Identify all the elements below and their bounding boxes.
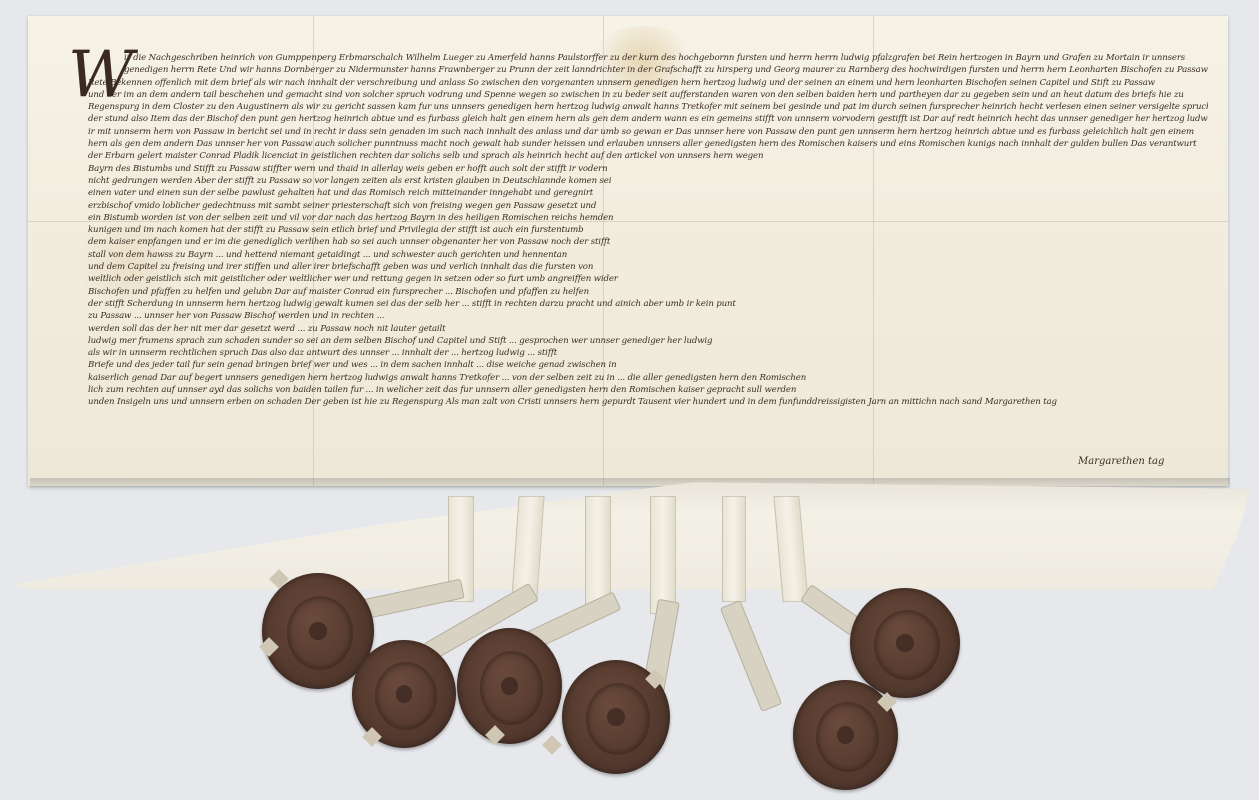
seal-emblem xyxy=(607,708,624,726)
seal-strap xyxy=(650,496,676,614)
text-line: kaiserlich genad Dar auf begert unnsers … xyxy=(88,372,1208,384)
text-line: stall von dem hawss zu Bayrn ... und het… xyxy=(88,249,1208,261)
text-line: einen vater und einen sun der selbe pawl… xyxy=(88,187,1208,199)
text-line: und der im an dem andern tail beschehen … xyxy=(88,89,1208,101)
text-line: Bayrn des Bistumbs und Stifft zu Passaw … xyxy=(88,163,1208,175)
text-line: und dem Capitel zu freising und irer sti… xyxy=(88,261,1208,273)
text-line: weltlich oder geistlich sich mit geistli… xyxy=(88,273,1208,285)
text-line: ir die Nachgeschriben heinrich von Gumpp… xyxy=(88,52,1208,64)
text-line: nicht gedrungen werden Aber der stifft z… xyxy=(88,175,1208,187)
text-line: ludwig mer frumens sprach zun schaden su… xyxy=(88,335,1208,347)
charter-parchment: W ir die Nachgeschriben heinrich von Gum… xyxy=(28,16,1228,486)
text-line: kunigen und im nach komen hat der stifft… xyxy=(88,224,1208,236)
text-line: der Erbarn gelert maister Conrad Pladik … xyxy=(88,150,1208,162)
text-line: unden Insigeln uns und unnsern erben on … xyxy=(88,396,1208,408)
text-line: Rete Bekennen offenlich mit dem brief al… xyxy=(88,77,1208,89)
text-line: Regenspurg in dem Closter zu den Augusti… xyxy=(88,101,1208,113)
text-line: Briefe und des jeder tail fur sein genad… xyxy=(88,359,1208,371)
wax-seal xyxy=(457,628,562,744)
seal-tag xyxy=(542,735,562,755)
seal-emblem xyxy=(309,622,327,641)
plica-fold xyxy=(12,480,1250,590)
seal-emblem xyxy=(396,685,413,702)
text-line: erzbischof vmido loblicher gedechtnuss m… xyxy=(88,200,1208,212)
text-line: ir mit unnserm hern von Passaw in berich… xyxy=(88,126,1208,138)
text-line: werden soll das der her nit mer dar gese… xyxy=(88,323,1208,335)
seal-emblem xyxy=(896,634,914,652)
text-line: dem kaiser enpfangen und er im die gened… xyxy=(88,236,1208,248)
text-line: Bischofen und pfaffen zu helfen und gelu… xyxy=(88,286,1208,298)
text-line: der stifft Scherdung in unnserm hern her… xyxy=(88,298,1208,310)
charter-text: ir die Nachgeschriben heinrich von Gumpp… xyxy=(88,52,1208,409)
text-line: hern als gen dem andern Das unnser her v… xyxy=(88,138,1208,150)
text-line: genedigen herrn Rete Und wir hanns Dornb… xyxy=(88,64,1208,76)
text-line: zu Passaw ... unnser her von Passaw Bisc… xyxy=(88,310,1208,322)
text-line: der stund also Item das der Bischof den … xyxy=(88,113,1208,125)
seal-emblem xyxy=(837,726,854,744)
text-line: lich zum rechten auf unnser ayd das soli… xyxy=(88,384,1208,396)
text-line: ein Bistumb worden ist von der selben ze… xyxy=(88,212,1208,224)
seal-strap xyxy=(722,496,746,602)
closing-words: Margarethen tag xyxy=(1078,456,1164,467)
seal-emblem xyxy=(501,677,518,696)
seal-cord xyxy=(720,600,782,712)
wax-seal xyxy=(850,588,960,698)
text-line: als wir in unnserm rechtlichen spruch Da… xyxy=(88,347,1208,359)
seal-strap xyxy=(585,496,611,608)
